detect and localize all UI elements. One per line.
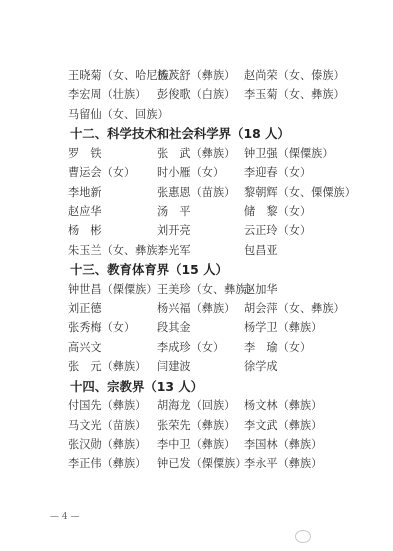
page-number: — 4 — — [50, 512, 79, 522]
name-row: 张秀梅（女）段其金杨学卫（彝族） — [68, 318, 368, 337]
name-row: 李宏周（壮族）彭俊歌（白族）李玉菊（女、彝族） — [68, 85, 368, 104]
member-name: 杨 彬 — [68, 221, 102, 240]
weibo-icon — [295, 530, 311, 543]
member-name: 张秀梅（女） — [68, 318, 135, 337]
member-name: 张惠恩（苗族） — [157, 183, 235, 202]
name-row: 曹运会（女）时小雁（女）李迎春（女） — [68, 163, 368, 182]
member-name: 张荣先（彝族） — [157, 416, 235, 435]
member-name: 李光军 — [157, 241, 191, 260]
member-name: 朱玉兰（女、彝族） — [68, 241, 169, 260]
member-name: 胡海龙（回族） — [157, 396, 235, 415]
member-name: 包昌亚 — [244, 241, 278, 260]
member-name: 罗 铁 — [68, 144, 102, 163]
name-row: 张汉勋（彝族）李中卫（彝族）李国林（彝族） — [68, 435, 368, 454]
member-name: 段其金 — [157, 318, 191, 337]
member-name: 云正玲（女） — [244, 221, 311, 240]
member-name: 刘正德 — [68, 299, 102, 318]
member-name: 马文光（苗族） — [68, 416, 146, 435]
name-row: 刘正德杨兴福（彝族）胡会萍（女、彝族） — [68, 299, 368, 318]
name-list: 王晓菊（女、哈尼族）杨茂舒（彝族）赵尚荣（女、傣族）李宏周（壮族）彭俊歌（白族）… — [68, 66, 368, 474]
member-name: 王美珍（女、彝族） — [157, 280, 258, 299]
member-name: 黎朝辉（女、傈僳族） — [244, 183, 356, 202]
member-name: 彭俊歌（白族） — [157, 85, 235, 104]
member-name: 高兴文 — [68, 338, 102, 357]
member-name: 胡会萍（女、彝族） — [244, 299, 345, 318]
member-name: 刘开亮 — [157, 221, 191, 240]
name-row: 付国先（彝族）胡海龙（回族）杨文林（彝族） — [68, 396, 368, 415]
watermark — [295, 530, 311, 543]
member-name: 杨茂舒（彝族） — [157, 66, 235, 85]
name-row: 马文光（苗族）张荣先（彝族）李文武（彝族） — [68, 416, 368, 435]
member-name: 闫建波 — [157, 357, 191, 376]
member-name: 徐学成 — [244, 357, 278, 376]
member-name: 赵应华 — [68, 202, 102, 221]
member-name: 杨兴福（彝族） — [157, 299, 235, 318]
member-name: 钟卫强（傈僳族） — [244, 144, 334, 163]
member-name: 储 黎（女） — [244, 202, 311, 221]
member-name: 李正伟（彝族） — [68, 454, 146, 473]
section-heading: 十四、宗教界（13 人） — [70, 377, 368, 397]
name-row: 赵应华汤 平储 黎（女） — [68, 202, 368, 221]
member-name: 付国先（彝族） — [68, 396, 146, 415]
name-row: 王晓菊（女、哈尼族）杨茂舒（彝族）赵尚荣（女、傣族） — [68, 66, 368, 85]
member-name: 杨文林（彝族） — [244, 396, 322, 415]
name-row: 朱玉兰（女、彝族）李光军包昌亚 — [68, 241, 368, 260]
member-name: 杨学卫（彝族） — [244, 318, 322, 337]
member-name: 李永平（彝族） — [244, 454, 322, 473]
name-row: 罗 铁张 武（彝族）钟卫强（傈僳族） — [68, 144, 368, 163]
member-name: 赵尚荣（女、傣族） — [244, 66, 345, 85]
name-row: 李正伟（彝族）钟已发（傈僳族）李永平（彝族） — [68, 454, 368, 473]
section-heading: 十二、科学技术和社会科学界（18 人） — [70, 124, 368, 144]
member-name: 张 武（彝族） — [157, 144, 235, 163]
name-row: 张 元（彝族）闫建波徐学成 — [68, 357, 368, 376]
member-name: 李国林（彝族） — [244, 435, 322, 454]
member-name: 李中卫（彝族） — [157, 435, 235, 454]
member-name: 时小雁（女） — [157, 163, 224, 182]
member-name: 赵加华 — [244, 280, 278, 299]
name-row: 高兴文李成珍（女）李 瑜（女） — [68, 338, 368, 357]
name-row: 钟世昌（傈僳族）王美珍（女、彝族）赵加华 — [68, 280, 368, 299]
name-row: 李地新张惠恩（苗族）黎朝辉（女、傈僳族） — [68, 183, 368, 202]
member-name: 钟世昌（傈僳族） — [68, 280, 158, 299]
member-name: 张 元（彝族） — [68, 357, 146, 376]
member-name: 钟已发（傈僳族） — [157, 454, 247, 473]
member-name: 李玉菊（女、彝族） — [244, 85, 345, 104]
member-name: 李 瑜（女） — [244, 338, 311, 357]
name-row: 马留仙（女、回族） — [68, 105, 368, 124]
section-heading: 十三、教育体育界（15 人） — [70, 260, 368, 280]
member-name: 张汉勋（彝族） — [68, 435, 146, 454]
document-page: 王晓菊（女、哈尼族）杨茂舒（彝族）赵尚荣（女、傣族）李宏周（壮族）彭俊歌（白族）… — [0, 0, 393, 551]
member-name: 李迎春（女） — [244, 163, 311, 182]
member-name: 李宏周（壮族） — [68, 85, 146, 104]
member-name: 李地新 — [68, 183, 102, 202]
member-name: 李成珍（女） — [157, 338, 224, 357]
member-name: 李文武（彝族） — [244, 416, 322, 435]
member-name: 曹运会（女） — [68, 163, 135, 182]
member-name: 汤 平 — [157, 202, 191, 221]
name-row: 杨 彬刘开亮云正玲（女） — [68, 221, 368, 240]
member-name: 马留仙（女、回族） — [68, 105, 169, 124]
